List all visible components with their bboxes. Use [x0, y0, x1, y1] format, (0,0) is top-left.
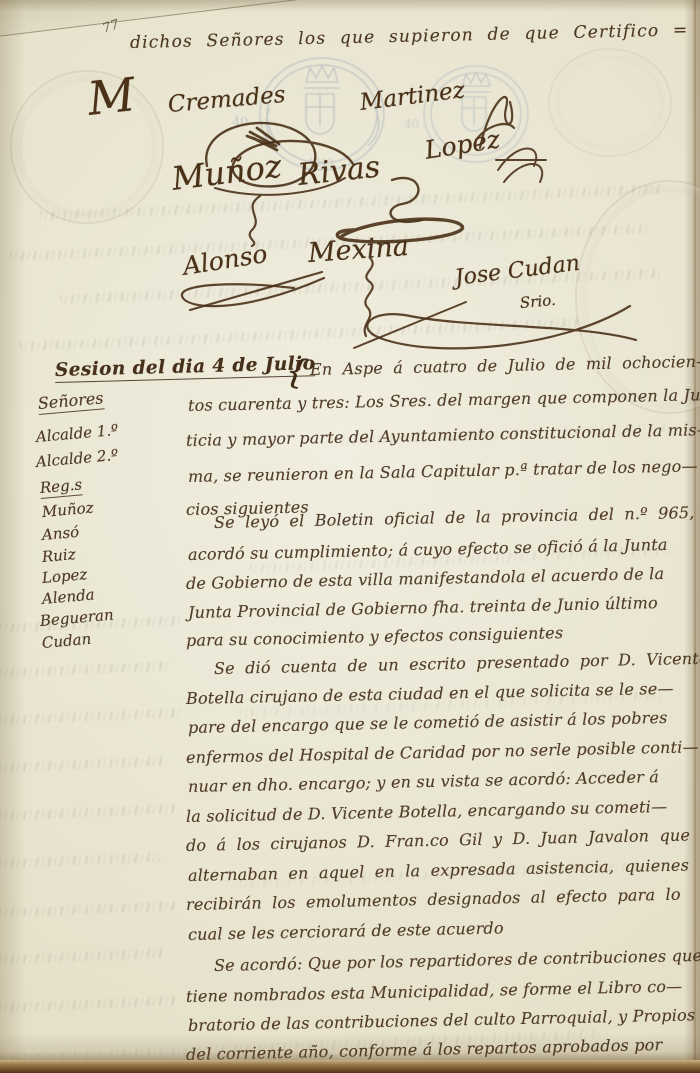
embossed-seal: [548, 48, 672, 157]
signature-rubric: [492, 132, 554, 190]
book-edge-shadow: [0, 1052, 700, 1060]
margin-item-ruiz: Ruiz: [41, 545, 76, 566]
manuscript-scan: { "page": { "folio": "77", "closing_line…: [0, 0, 700, 1073]
signature-rubric: [348, 296, 643, 354]
book-bottom-edge: [0, 1060, 700, 1073]
margin-item-regidores: Reg.s: [39, 475, 83, 499]
page-right-edge: [694, 0, 696, 1073]
signature-rubric: [172, 268, 337, 316]
margin-item-anso: Ansó: [41, 523, 80, 544]
stamp-denomination: 40: [404, 117, 419, 131]
signature-initial: M: [85, 67, 137, 126]
